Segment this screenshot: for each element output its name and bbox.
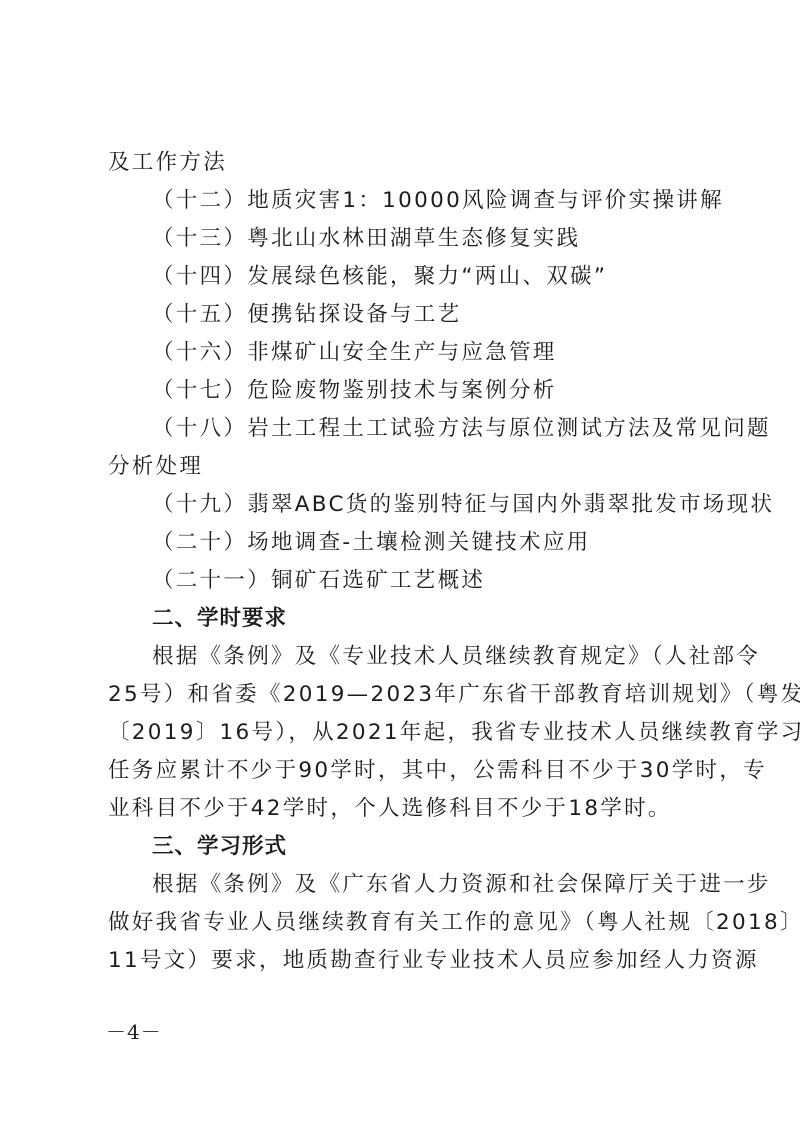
page-number: －4－ [106,1016,162,1045]
list-item: （十二）地质灾害1：10000风险调查与评价实操讲解 [152,188,724,214]
list-item: （十六）非煤矿山安全生产与应急管理 [152,340,557,366]
list-item: （十九）翡翠ABC货的鉴别特征与国内外翡翠批发市场现状 [152,492,774,518]
paragraph-line: 根据《条例》及《专业技术人员继续教育规定》（人社部令 [152,644,760,670]
list-item: （二十一）铜矿石选矿工艺概述 [152,568,485,594]
list-item: （十七）危险废物鉴别技术与案例分析 [152,378,557,404]
list-item: （十五）便携钻探设备与工艺 [152,302,461,328]
list-item: （十八）岩土工程土工试验方法与原位测试方法及常见问题 [152,416,771,442]
paragraph-line: 〔2019〕16号），从2021年起，我省专业技术人员继续教育学习 [108,720,800,746]
list-item: （二十）场地调查-土壤检测关键技术应用 [152,530,590,556]
document-page: 及工作方法 （十二）地质灾害1：10000风险调查与评价实操讲解 （十三）粤北山… [0,0,800,1132]
list-item-continuation: 分析处理 [108,454,203,480]
list-item: （十三）粤北山水林田湖草生态修复实践 [152,226,580,252]
continued-line: 及工作方法 [108,150,227,176]
paragraph-line: 根据《条例》及《广东省人力资源和社会保障厅关于进一步 [152,872,771,898]
paragraph-line: 25号）和省委《2019—2023年广东省干部教育培训规划》（粤发 [108,682,800,708]
list-item: （十四）发展绿色核能，聚力“两山、双碳” [152,264,607,290]
section-heading: 二、学时要求 [152,606,287,632]
paragraph-line: 11号文）要求，地质勘查行业专业技术人员应参加经人力资源 [108,948,759,974]
paragraph-line: 做好我省专业人员继续教育有关工作的意见》（粤人社规〔2018〕 [108,910,800,936]
section-heading: 三、学习形式 [152,834,287,860]
paragraph-line: 业科目不少于42学时，个人选修科目不少于18学时。 [108,796,672,822]
paragraph-line: 任务应累计不少于90学时，其中，公需科目不少于30学时，专 [108,758,767,784]
